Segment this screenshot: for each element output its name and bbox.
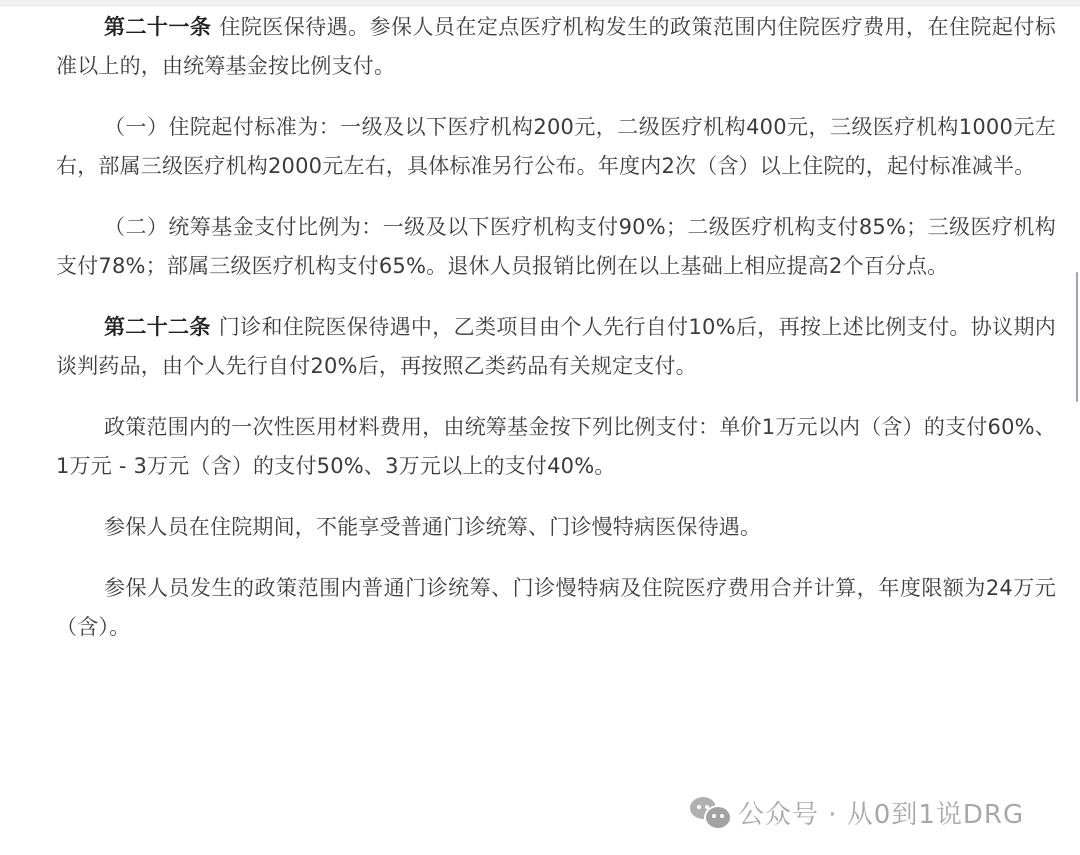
paragraph-article-22: 第二十二条门诊和住院医保待遇中，乙类项目由个人先行自付10%后，再按上述比例支付…: [56, 308, 1056, 386]
article-number: 第二十一条: [104, 15, 211, 39]
top-border: [0, 0, 1080, 6]
paragraph-text: （二）统筹基金支付比例为：一级及以下医疗机构支付90%；二级医疗机构支付85%；…: [56, 215, 1056, 278]
watermark: 公众号 · 从0到1说DRG: [690, 790, 1024, 834]
paragraph-text: 参保人员在住院期间，不能享受普通门诊统筹、门诊慢特病医保待遇。: [104, 515, 761, 539]
scrollbar-thumb[interactable]: [1076, 272, 1078, 402]
article-number: 第二十二条: [104, 315, 211, 339]
paragraph-hospital-deductible: （一）住院起付标准为：一级及以下医疗机构200元，二级医疗机构400元，三级医疗…: [56, 108, 1056, 186]
paragraph-fund-payment-ratio: （二）统筹基金支付比例为：一级及以下医疗机构支付90%；二级医疗机构支付85%；…: [56, 208, 1056, 286]
paragraph-text: 政策范围内的一次性医用材料费用，由统筹基金按下列比例支付：单价1万元以内（含）的…: [56, 415, 1056, 478]
document-body: 第二十一条住院医保待遇。参保人员在定点医疗机构发生的政策范围内住院医疗费用，在住…: [56, 8, 1056, 669]
paragraph-text: （一）住院起付标准为：一级及以下医疗机构200元，二级医疗机构400元，三级医疗…: [56, 115, 1056, 178]
paragraph-annual-limit: 参保人员发生的政策范围内普通门诊统筹、门诊慢特病及住院医疗费用合并计算，年度限额…: [56, 569, 1056, 647]
scrollbar[interactable]: [1074, 0, 1080, 855]
watermark-text: 公众号 · 从0到1说DRG: [738, 794, 1024, 831]
paragraph-disposable-materials: 政策范围内的一次性医用材料费用，由统筹基金按下列比例支付：单价1万元以内（含）的…: [56, 408, 1056, 486]
paragraph-article-21: 第二十一条住院医保待遇。参保人员在定点医疗机构发生的政策范围内住院医疗费用，在住…: [56, 8, 1056, 86]
wechat-icon: [690, 795, 730, 829]
paragraph-hospitalization-restriction: 参保人员在住院期间，不能享受普通门诊统筹、门诊慢特病医保待遇。: [56, 508, 1056, 547]
paragraph-text: 参保人员发生的政策范围内普通门诊统筹、门诊慢特病及住院医疗费用合并计算，年度限额…: [56, 576, 1056, 639]
